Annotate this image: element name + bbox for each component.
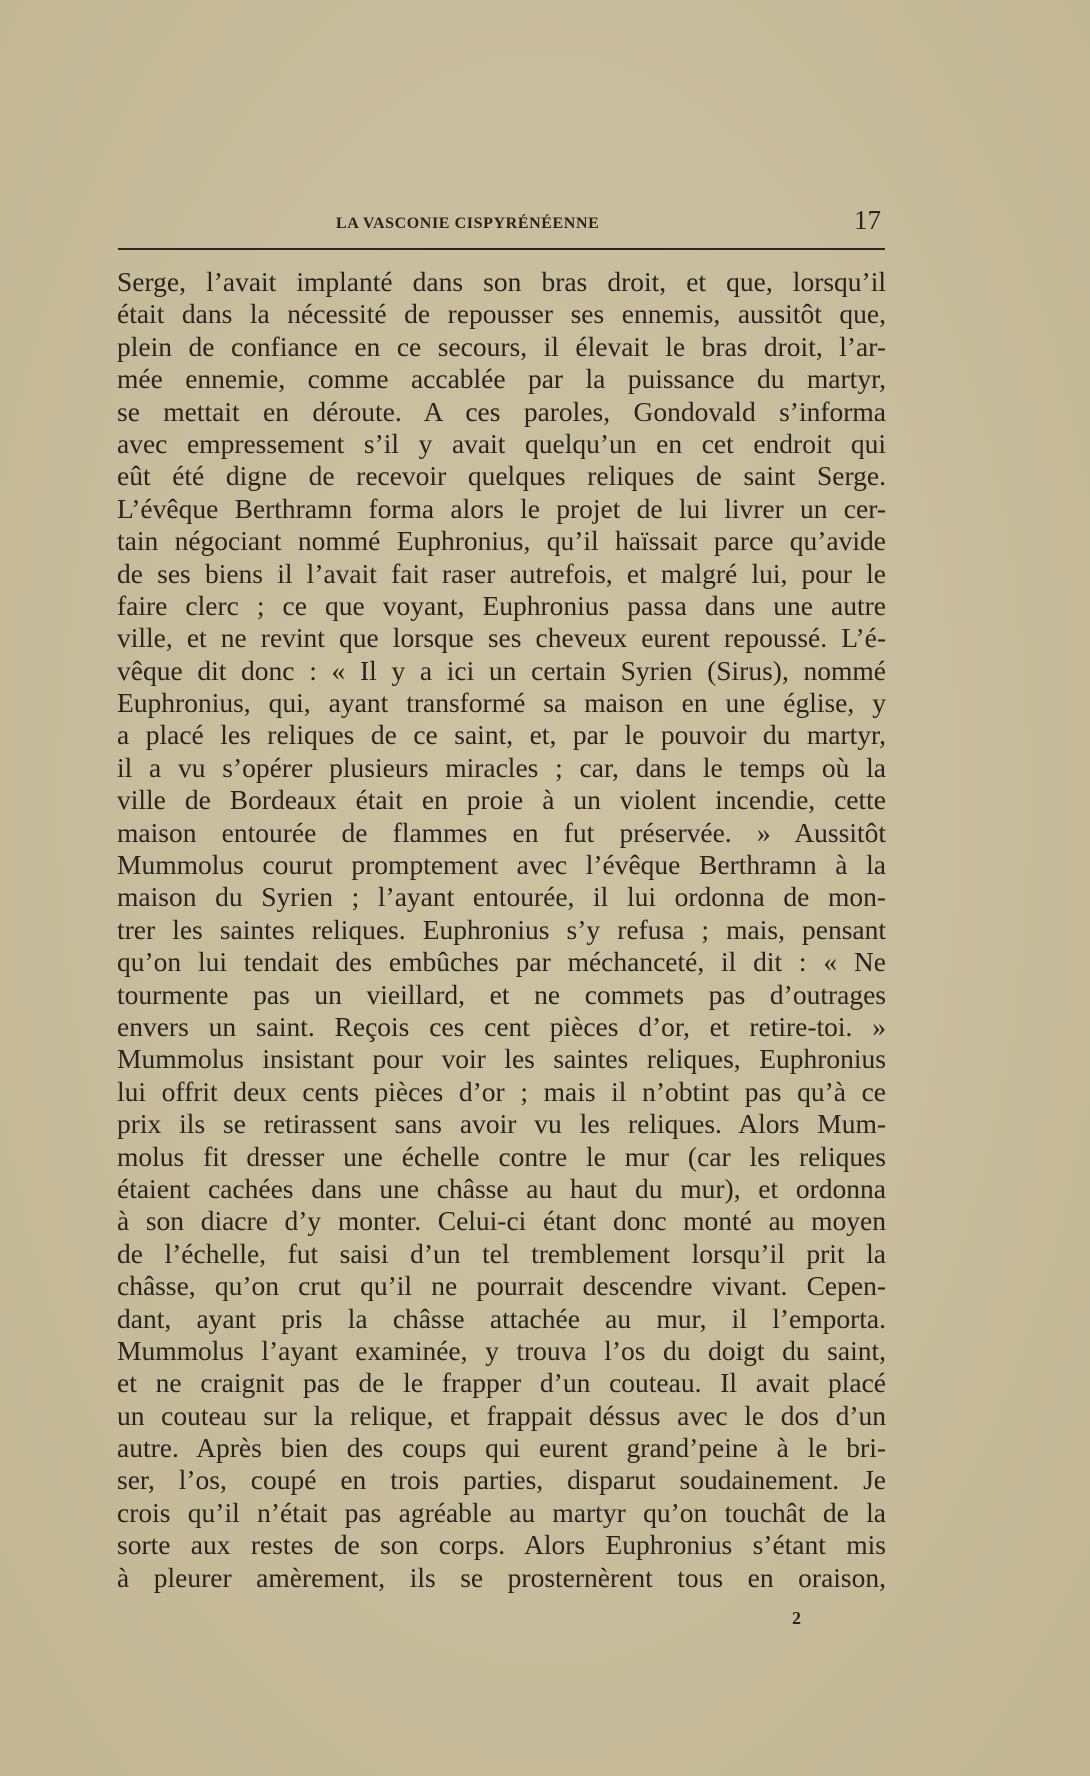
text-line: faire clerc ; ce que voyant, Euphronius … — [117, 590, 886, 622]
text-line: crois qu’il n’était pas agréable au mart… — [117, 1497, 886, 1529]
text-line: tain négociant nommé Euphronius, qu’il h… — [117, 525, 886, 557]
text-line: eût été digne de recevoir quelques reliq… — [117, 460, 886, 492]
text-line: maison entourée de flammes en fut préser… — [117, 817, 886, 849]
text-line: châsse, qu’on crut qu’il ne pourrait des… — [117, 1270, 886, 1302]
text-line: un couteau sur la relique, et frappait d… — [117, 1400, 886, 1432]
text-line: a placé les reliques de ce saint, et, pa… — [117, 719, 886, 751]
text-line: prix ils se retirassent sans avoir vu le… — [117, 1108, 886, 1140]
page-number: 17 — [854, 205, 881, 236]
text-line: Serge, l’avait implanté dans son bras dr… — [117, 266, 886, 298]
running-title: LA VASCONIE CISPYRÉNÉENNE — [336, 215, 599, 233]
text-line: molus fit dresser une échelle contre le … — [117, 1141, 886, 1173]
text-line: vêque dit donc : « Il y a ici un certain… — [117, 655, 886, 687]
text-line: sorte aux restes de son corps. Alors Eup… — [117, 1529, 886, 1561]
text-line: Mummolus l’ayant examinée, y trouva l’os… — [117, 1335, 886, 1367]
text-line: à son diacre d’y monter. Celui-ci étant … — [117, 1205, 886, 1237]
text-line: et ne craignit pas de le frapper d’un co… — [117, 1367, 886, 1399]
text-line: tourmente pas un vieillard, et ne commet… — [117, 979, 886, 1011]
text-line: Euphronius, qui, ayant transformé sa mai… — [117, 687, 886, 719]
signature-mark: 2 — [792, 1608, 801, 1629]
text-line: ser, l’os, coupé en trois parties, dispa… — [117, 1464, 886, 1496]
text-line: ville, et ne revint que lorsque ses chev… — [117, 622, 886, 654]
text-line: maison du Syrien ; l’ayant entourée, il … — [117, 881, 886, 913]
text-line: autre. Après bien des coups qui eurent g… — [117, 1432, 886, 1464]
text-line: à pleurer amèrement, ils se prosternèren… — [117, 1562, 886, 1594]
text-line: L’évêque Berthramn forma alors le projet… — [117, 493, 886, 525]
text-line: envers un saint. Reçois ces cent pièces … — [117, 1011, 886, 1043]
running-head: LA VASCONIE CISPYRÉNÉENNE 17 — [118, 205, 885, 235]
text-line: étaient cachées dans une châsse au haut … — [117, 1173, 886, 1205]
text-line: il a vu s’opérer plusieurs miracles ; ca… — [117, 752, 886, 784]
text-line: qu’on lui tendait des embûches par mécha… — [117, 946, 886, 978]
text-line: de l’échelle, fut saisi d’un tel tremble… — [117, 1238, 886, 1270]
text-line: mée ennemie, comme accablée par la puiss… — [117, 363, 886, 395]
text-line: Mummolus courut promptement avec l’évêqu… — [117, 849, 886, 881]
text-line: avec empressement s’il y avait quelqu’un… — [117, 428, 886, 460]
text-line: trer les saintes reliques. Euphronius s’… — [117, 914, 886, 946]
text-line: de ses biens il l’avait fait raser autre… — [117, 558, 886, 590]
body-text: Serge, l’avait implanté dans son bras dr… — [117, 266, 886, 1594]
text-line: dant, ayant pris la châsse attachée au m… — [117, 1303, 886, 1335]
text-line: se mettait en déroute. A ces paroles, Go… — [117, 396, 886, 428]
text-line: était dans la nécessité de repousser ses… — [117, 298, 886, 330]
text-line: lui offrit deux cents pièces d’or ; mais… — [117, 1076, 886, 1108]
text-line: ville de Bordeaux était en proie à un vi… — [117, 784, 886, 816]
header-rule — [118, 248, 885, 250]
text-line: Mummolus insistant pour voir les saintes… — [117, 1043, 886, 1075]
text-line: plein de confiance en ce secours, il éle… — [117, 331, 886, 363]
